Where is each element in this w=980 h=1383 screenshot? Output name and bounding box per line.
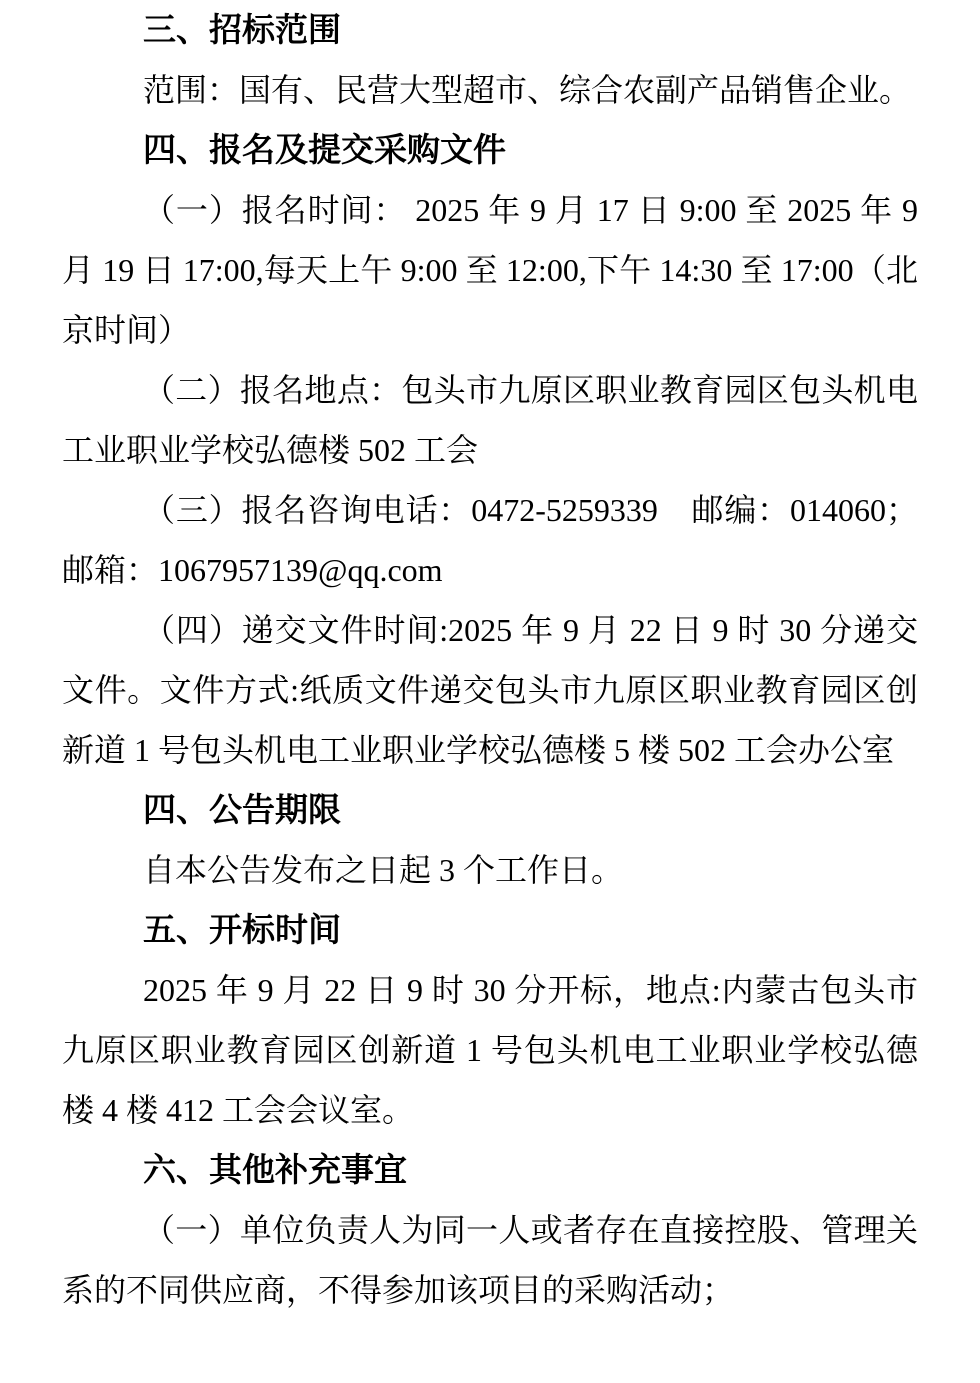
body-paragraph: （二）报名地点：包头市九原区职业教育园区包头机电工业职业学校弘德楼 502 工会 — [62, 360, 918, 480]
body-paragraph: （四）递交文件时间:2025 年 9 月 22 日 9 时 30 分递交文件。文… — [62, 600, 918, 780]
announcement-body: 三、招标范围范围：国有、民营大型超市、综合农副产品销售企业。四、报名及提交采购文… — [0, 0, 980, 1320]
body-paragraph: 范围：国有、民营大型超市、综合农副产品销售企业。 — [62, 60, 918, 120]
section-heading: 五、开标时间 — [62, 900, 918, 960]
document-page: 三、招标范围范围：国有、民营大型超市、综合农副产品销售企业。四、报名及提交采购文… — [0, 0, 980, 1383]
body-paragraph: （一）报名时间： 2025 年 9 月 17 日 9:00 至 2025 年 9… — [62, 180, 918, 360]
body-paragraph: （一）单位负责人为同一人或者存在直接控股、管理关系的不同供应商，不得参加该项目的… — [62, 1200, 918, 1320]
body-paragraph: 自本公告发布之日起 3 个工作日。 — [62, 840, 918, 900]
section-heading: 三、招标范围 — [62, 0, 918, 60]
body-paragraph: （三）报名咨询电话：0472-5259339 邮编：014060；邮箱：1067… — [62, 480, 918, 600]
section-heading: 四、报名及提交采购文件 — [62, 120, 918, 180]
section-heading: 四、公告期限 — [62, 780, 918, 840]
section-heading: 六、其他补充事宜 — [62, 1140, 918, 1200]
body-paragraph: 2025 年 9 月 22 日 9 时 30 分开标，地点:内蒙古包头市九原区职… — [62, 960, 918, 1140]
